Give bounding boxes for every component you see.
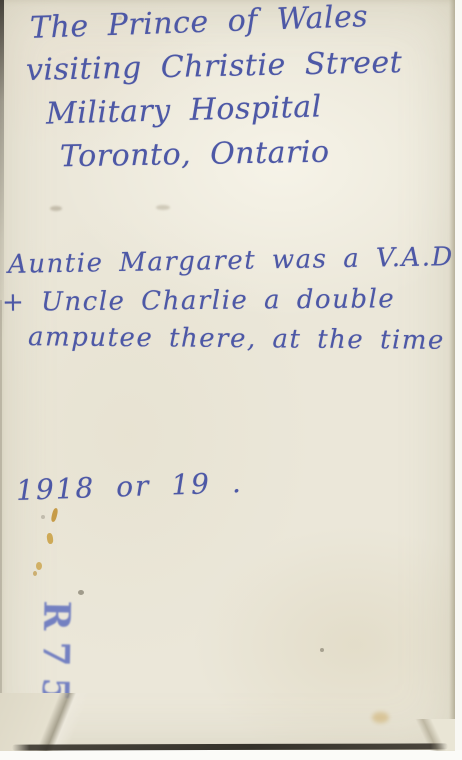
- stain: [36, 562, 42, 570]
- stain: [50, 206, 62, 211]
- note-line-2: + Uncle Charlie a double: [2, 284, 395, 317]
- caption-line-3: Military Hospital: [46, 89, 323, 131]
- photo-back-card: The Prince of Wales visiting Christie St…: [0, 0, 455, 750]
- stain: [78, 590, 84, 595]
- stain: [46, 533, 53, 545]
- paper-edge-left-faint: [0, 300, 2, 750]
- scan-margin-right: [455, 0, 462, 760]
- caption-line-4: Toronto, Ontario: [60, 135, 330, 175]
- paper-edge-bottom: [12, 743, 448, 750]
- stain: [156, 205, 170, 210]
- paper-corner-crease-bottom-left: [0, 693, 118, 751]
- note-line-1: Auntie Margaret was a V.A.D: [8, 242, 454, 280]
- stain: [320, 648, 324, 652]
- scanned-photo-back: The Prince of Wales visiting Christie St…: [0, 0, 462, 760]
- scan-margin-bottom: [0, 750, 462, 760]
- stain: [33, 571, 37, 576]
- paper-edge-left: [0, 0, 4, 340]
- note-line-3: amputee there, at the time: [28, 322, 445, 356]
- stain: [41, 515, 45, 519]
- stain: [118, 16, 122, 20]
- date-line: 1918 or 19 .: [15, 466, 243, 507]
- stain: [372, 712, 389, 723]
- caption-line-1: The Prince of Wales: [29, 0, 368, 46]
- stain: [50, 508, 58, 523]
- paper-edge-right-shadow: [449, 0, 455, 750]
- caption-line-2: visiting Christie Street: [26, 45, 403, 88]
